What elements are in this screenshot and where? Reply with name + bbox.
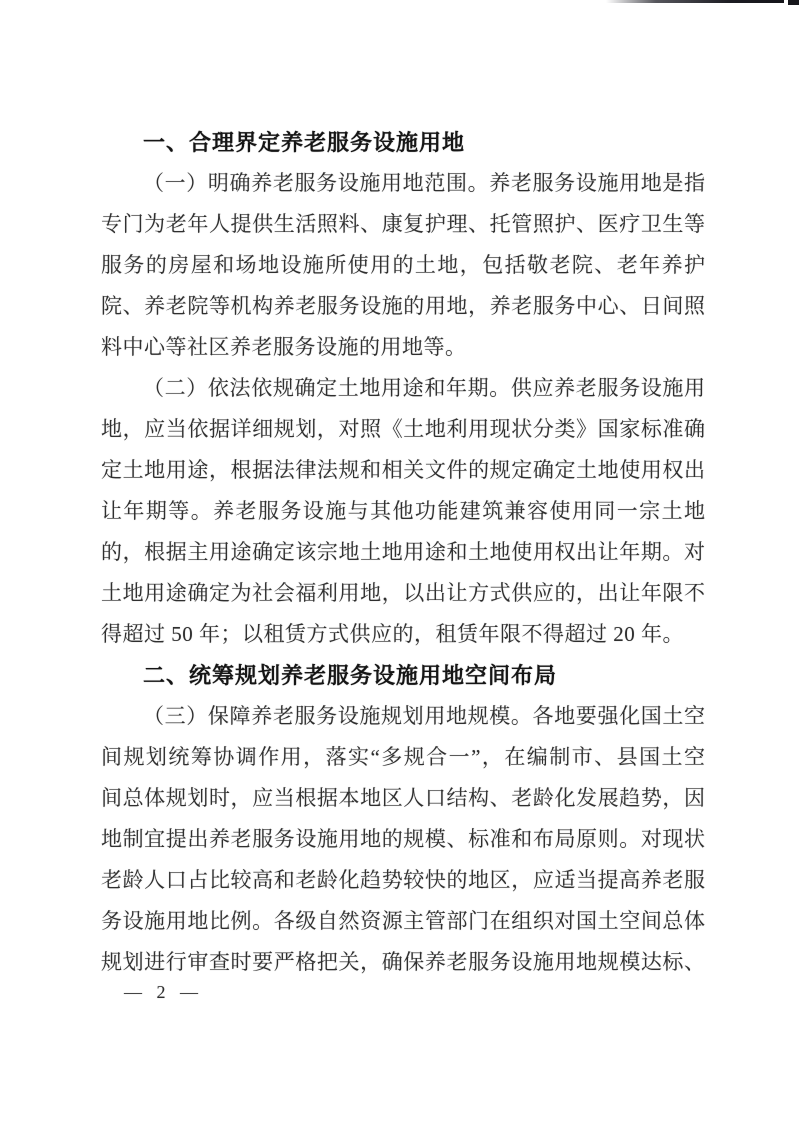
text-line: 得超过 50 年；以租赁方式供应的，租赁年限不得超过 20 年。	[101, 614, 705, 655]
scan-artifact-line	[606, 0, 784, 3]
text-line: 间规划统筹协调作用，落实“多规合一”，在编制市、县国土空	[101, 737, 705, 778]
scan-artifact-mark	[788, 0, 799, 5]
text-line: 间总体规划时，应当根据本地区人口结构、老龄化发展趋势，因	[101, 778, 705, 819]
text-line: 老龄人口占比较高和老龄化趋势较快的地区，应适当提高养老服	[101, 860, 705, 901]
text-line: 土地用途确定为社会福利用地，以出让方式供应的，出让年限不	[101, 573, 705, 614]
text-line: 服务的房屋和场地设施所使用的土地，包括敬老院、老年养护	[101, 245, 705, 286]
text-line: 规划进行审查时要严格把关，确保养老服务设施用地规模达标、	[101, 942, 705, 983]
document-page: 一、合理界定养老服务设施用地（一）明确养老服务设施用地范围。养老服务设施用地是指…	[0, 0, 800, 1131]
page-number: — 2 —	[124, 978, 199, 1006]
text-line: 院、养老院等机构养老服务设施的用地，养老服务中心、日间照	[101, 286, 705, 327]
text-line: 二、统筹规划养老服务设施用地空间布局	[101, 655, 705, 696]
text-line: 地，应当依据详细规划，对照《土地利用现状分类》国家标准确	[101, 409, 705, 450]
text-line: 定土地用途，根据法律法规和相关文件的规定确定土地使用权出	[101, 450, 705, 491]
text-line: 一、合理界定养老服务设施用地	[101, 122, 705, 163]
text-line: （三）保障养老服务设施规划用地规模。各地要强化国土空	[101, 696, 705, 737]
text-line: 的，根据主用途确定该宗地土地用途和土地使用权出让年期。对	[101, 532, 705, 573]
text-line: 地制宜提出养老服务设施用地的规模、标准和布局原则。对现状	[101, 819, 705, 860]
text-line: 让年期等。养老服务设施与其他功能建筑兼容使用同一宗土地	[101, 491, 705, 532]
text-line: 务设施用地比例。各级自然资源主管部门在组织对国土空间总体	[101, 901, 705, 942]
document-body: 一、合理界定养老服务设施用地（一）明确养老服务设施用地范围。养老服务设施用地是指…	[101, 122, 705, 983]
text-line: 专门为老年人提供生活照料、康复护理、托管照护、医疗卫生等	[101, 204, 705, 245]
text-line: 料中心等社区养老服务设施的用地等。	[101, 327, 705, 368]
text-line: （一）明确养老服务设施用地范围。养老服务设施用地是指	[101, 163, 705, 204]
text-line: （二）依法依规确定土地用途和年期。供应养老服务设施用	[101, 368, 705, 409]
